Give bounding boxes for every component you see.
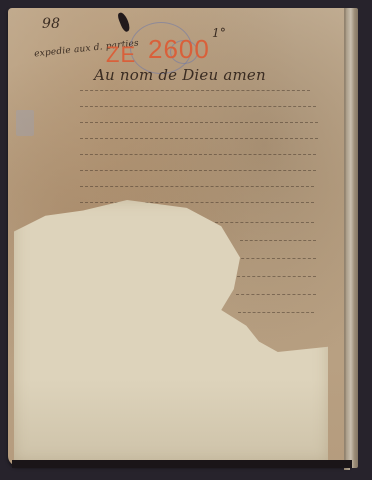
- text-line: [236, 294, 316, 296]
- blue-label-tab: [16, 110, 34, 136]
- text-line: [80, 138, 318, 140]
- binding-edge: [346, 8, 358, 468]
- archive-mark-number: 2600: [148, 34, 210, 65]
- text-line: [80, 186, 314, 188]
- text-line: [240, 240, 316, 242]
- text-line: [238, 312, 314, 314]
- text-line: [236, 258, 316, 260]
- text-line: [80, 90, 310, 92]
- text-line: [80, 106, 316, 108]
- repair-shading: [14, 380, 328, 462]
- text-line: [200, 222, 314, 224]
- text-line: [232, 276, 316, 278]
- document-heading: Au nom de Dieu amen: [94, 66, 266, 84]
- page-bottom-shadow: [12, 460, 352, 468]
- text-line: [80, 154, 316, 156]
- archive-mark-prefix: ZE: [106, 42, 136, 68]
- text-line: [80, 122, 318, 124]
- top-right-note: 1°: [212, 26, 226, 40]
- folio-number: 98: [42, 16, 60, 32]
- text-line: [80, 170, 316, 172]
